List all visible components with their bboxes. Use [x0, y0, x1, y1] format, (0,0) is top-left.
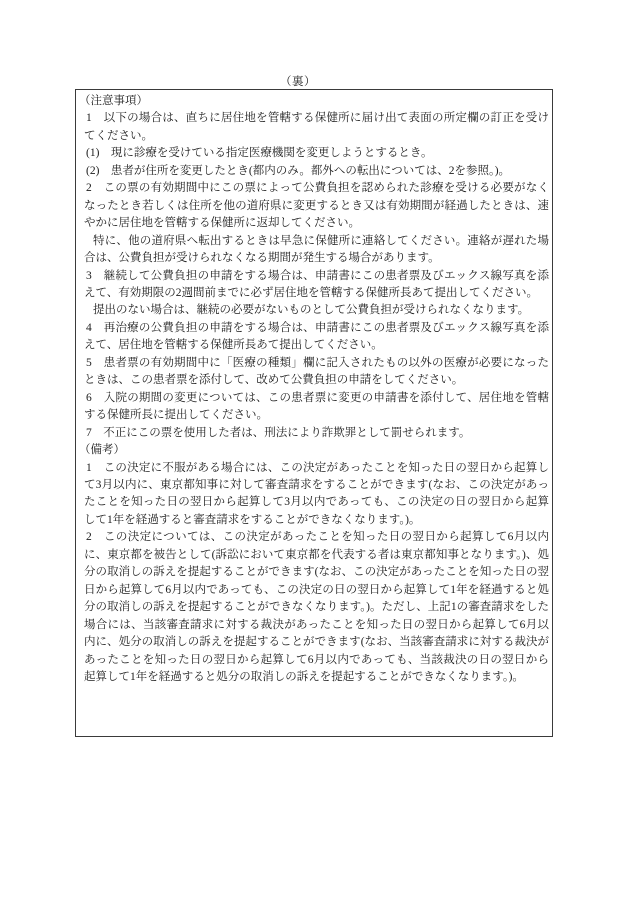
notes-section-header: （注意事項）	[79, 93, 549, 110]
page-side-label: （裏）	[75, 75, 521, 89]
notice-border-box: （注意事項） 1 以下の場合は、直ちに居住地を管轄する保健所に届け出て表面の所定…	[75, 89, 553, 737]
note-paragraph: 7 不正にこの票を使用した者は、刑法により詐欺罪として罰せられます。	[79, 425, 549, 442]
remark-paragraph: 1 この決定に不服がある場合には、この決定があったことを知った日の翌日から起算し…	[79, 460, 549, 530]
note-paragraph: 1 以下の場合は、直ちに居住地を管轄する保健所に届け出て表面の所定欄の訂正を受け…	[79, 110, 549, 145]
note-paragraph: 提出のない場合は、継続の必要がないものとして公費負担が受けられなくなります。	[79, 302, 549, 319]
note-paragraph: (2) 患者が住所を変更したとき(都内のみ。都外への転出については、2を参照。)…	[79, 163, 549, 180]
note-paragraph: 5 患者票の有効期間中に「医療の種類」欄に記入されたもの以外の医療が必要になった…	[79, 355, 549, 390]
note-paragraph: 4 再治療の公費負担の申請をする場合は、申請書にこの患者票及びエックス線写真を添…	[79, 320, 549, 355]
form-back-page: { "page": { "side_label": "（裏）" }, "note…	[0, 0, 630, 903]
note-paragraph: 6 入院の期間の変更については、この患者票に変更の申請書を添付して、居住地を管轄…	[79, 390, 549, 425]
note-paragraph: 3 継続して公費負担の申請をする場合は、申請書にこの患者票及びエックス線写真を添…	[79, 268, 549, 303]
remark-paragraph: 2 この決定については、この決定があったことを知った日の翌日から起算して6月以内…	[79, 529, 549, 686]
notes-section: 1 以下の場合は、直ちに居住地を管轄する保健所に届け出て表面の所定欄の訂正を受け…	[79, 110, 549, 442]
note-paragraph: 特に、他の道府県へ転出するときは早急に保健所に連絡してください。連絡が遅れた場合…	[79, 233, 549, 268]
remarks-section-header: （備考）	[79, 442, 549, 459]
note-paragraph: 2 この票の有効期間中にこの票によって公費負担を認められた診療を受ける必要がなく…	[79, 180, 549, 232]
remarks-section: 1 この決定に不服がある場合には、この決定があったことを知った日の翌日から起算し…	[79, 460, 549, 687]
note-paragraph: (1) 現に診療を受けている指定医療機関を変更しようとするとき。	[79, 145, 549, 162]
